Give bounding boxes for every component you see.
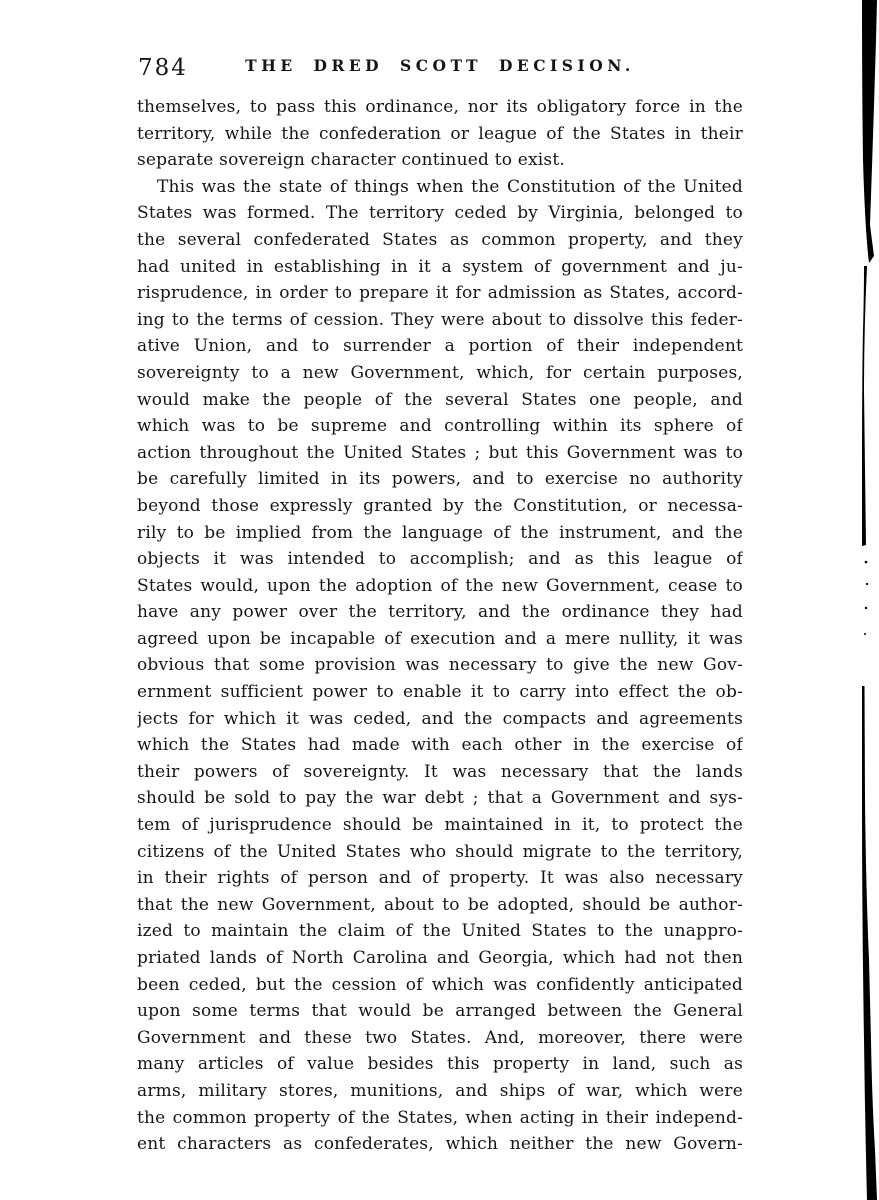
page-header: 784 THE DRED SCOTT DECISION. (138, 52, 742, 86)
text-line: their powers of sovereignty. It was nece… (137, 759, 743, 786)
text-line: would make the people of the several Sta… (137, 387, 743, 414)
text-line: which the States had made with each othe… (137, 732, 743, 759)
text-line: be carefully limited in its powers, and … (137, 466, 743, 493)
text-line: ent characters as confederates, which ne… (137, 1131, 743, 1158)
text-line: had united in establishing in it a syste… (137, 254, 743, 281)
text-line: obvious that some provision was necessar… (137, 652, 743, 679)
text-line: citizens of the United States who should… (137, 839, 743, 866)
text-line: many articles of value besides this prop… (137, 1051, 743, 1078)
page-text: themselves, to pass this ordinance, nor … (137, 94, 743, 1158)
text-line: in their rights of person and of propert… (137, 865, 743, 892)
text-line: ernment sufficient power to enable it to… (137, 679, 743, 706)
text-line: which was to be supreme and controlling … (137, 413, 743, 440)
text-line: objects it was intended to accomplish; a… (137, 546, 743, 573)
text-line: been ceded, but the cession of which was… (137, 972, 743, 999)
text-line: ized to maintain the claim of the United… (137, 918, 743, 945)
text-line: priated lands of North Carolina and Geor… (137, 945, 743, 972)
text-line: territory, while the confederation or le… (137, 121, 743, 148)
text-line: that the new Government, about to be ado… (137, 892, 743, 919)
text-line: sovereignty to a new Government, which, … (137, 360, 743, 387)
text-line: have any power over the territory, and t… (137, 599, 743, 626)
page-number: 784 (138, 55, 188, 81)
text-line: beyond those expressly granted by the Co… (137, 493, 743, 520)
text-line: agreed upon be incapable of execution an… (137, 626, 743, 653)
text-line: the common property of the States, when … (137, 1105, 743, 1132)
text-line: action throughout the United States ; bu… (137, 440, 743, 467)
text-line: upon some terms that would be arranged b… (137, 998, 743, 1025)
text-line: risprudence, in order to prepare it for … (137, 280, 743, 307)
text-line: States was formed. The territory ceded b… (137, 200, 743, 227)
scan-edge-artifact (855, 0, 879, 1200)
text-line: separate sovereign character continued t… (137, 147, 743, 174)
text-line: themselves, to pass this ordinance, nor … (137, 94, 743, 121)
text-line: ing to the terms of cession. They were a… (137, 307, 743, 334)
text-line: tem of jurisprudence should be maintaine… (137, 812, 743, 839)
running-title: THE DRED SCOTT DECISION. (138, 52, 742, 75)
text-line: ative Union, and to surrender a portion … (137, 333, 743, 360)
text-line: the several confederated States as commo… (137, 227, 743, 254)
text-line: Government and these two States. And, mo… (137, 1025, 743, 1052)
text-line: This was the state of things when the Co… (137, 174, 743, 201)
text-line: should be sold to pay the war debt ; tha… (137, 785, 743, 812)
text-line: rily to be implied from the language of … (137, 520, 743, 547)
text-line: arms, military stores, munitions, and sh… (137, 1078, 743, 1105)
text-line: jects for which it was ceded, and the co… (137, 706, 743, 733)
text-line: States would, upon the adoption of the n… (137, 573, 743, 600)
book-page: 784 THE DRED SCOTT DECISION. themselves,… (0, 0, 879, 1200)
